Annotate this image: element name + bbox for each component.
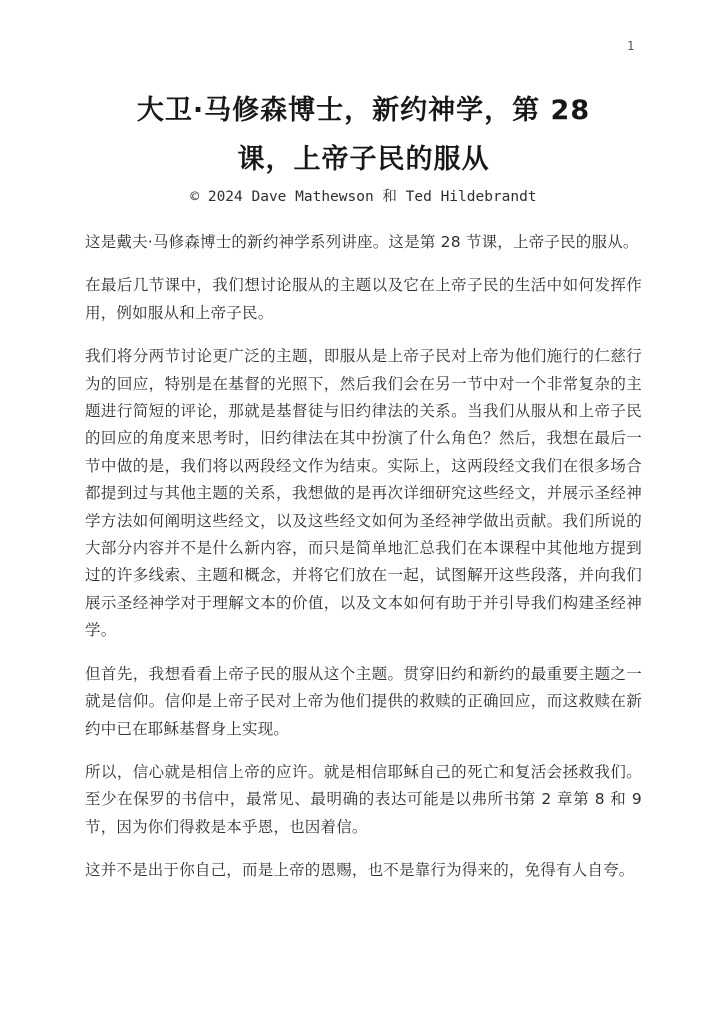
title-line-2: 课，上帝子民的服从 [85, 135, 642, 184]
paragraph: 所以，信心就是相信上帝的应许。就是相信耶稣自己的死亡和复活会拯救我们。至少在保罗… [85, 759, 642, 841]
title-line-1: 大卫·马修森博士，新约神学，第 28 [85, 86, 642, 135]
paragraph: 但首先，我想看看上帝子民的服从这个主题。贯穿旧约和新约的最重要主题之一就是信仰。… [85, 661, 642, 743]
document-page: 1 大卫·马修森博士，新约神学，第 28 课，上帝子民的服从 © 2024 Da… [0, 0, 724, 1024]
paragraph: 在最后几节课中，我们想讨论服从的主题以及它在上帝子民的生活中如何发挥作用，例如服… [85, 272, 642, 327]
paragraph: 我们将分两节讨论更广泛的主题，即服从是上帝子民对上帝为他们施行的仁慈行为的回应，… [85, 343, 642, 644]
document-body: 这是戴夫·马修森博士的新约神学系列讲座。这是第 28 节课，上帝子民的服从。 在… [85, 229, 642, 885]
copyright-line: © 2024 Dave Mathewson 和 Ted Hildebrandt [85, 186, 642, 208]
paragraph: 这并不是出于你自己，而是上帝的恩赐，也不是靠行为得来的，免得有人自夸。 [85, 857, 642, 884]
paragraph: 这是戴夫·马修森博士的新约神学系列讲座。这是第 28 节课，上帝子民的服从。 [85, 229, 642, 256]
document-content: 大卫·马修森博士，新约神学，第 28 课，上帝子民的服从 © 2024 Dave… [85, 0, 642, 885]
document-title: 大卫·马修森博士，新约神学，第 28 课，上帝子民的服从 [85, 86, 642, 184]
